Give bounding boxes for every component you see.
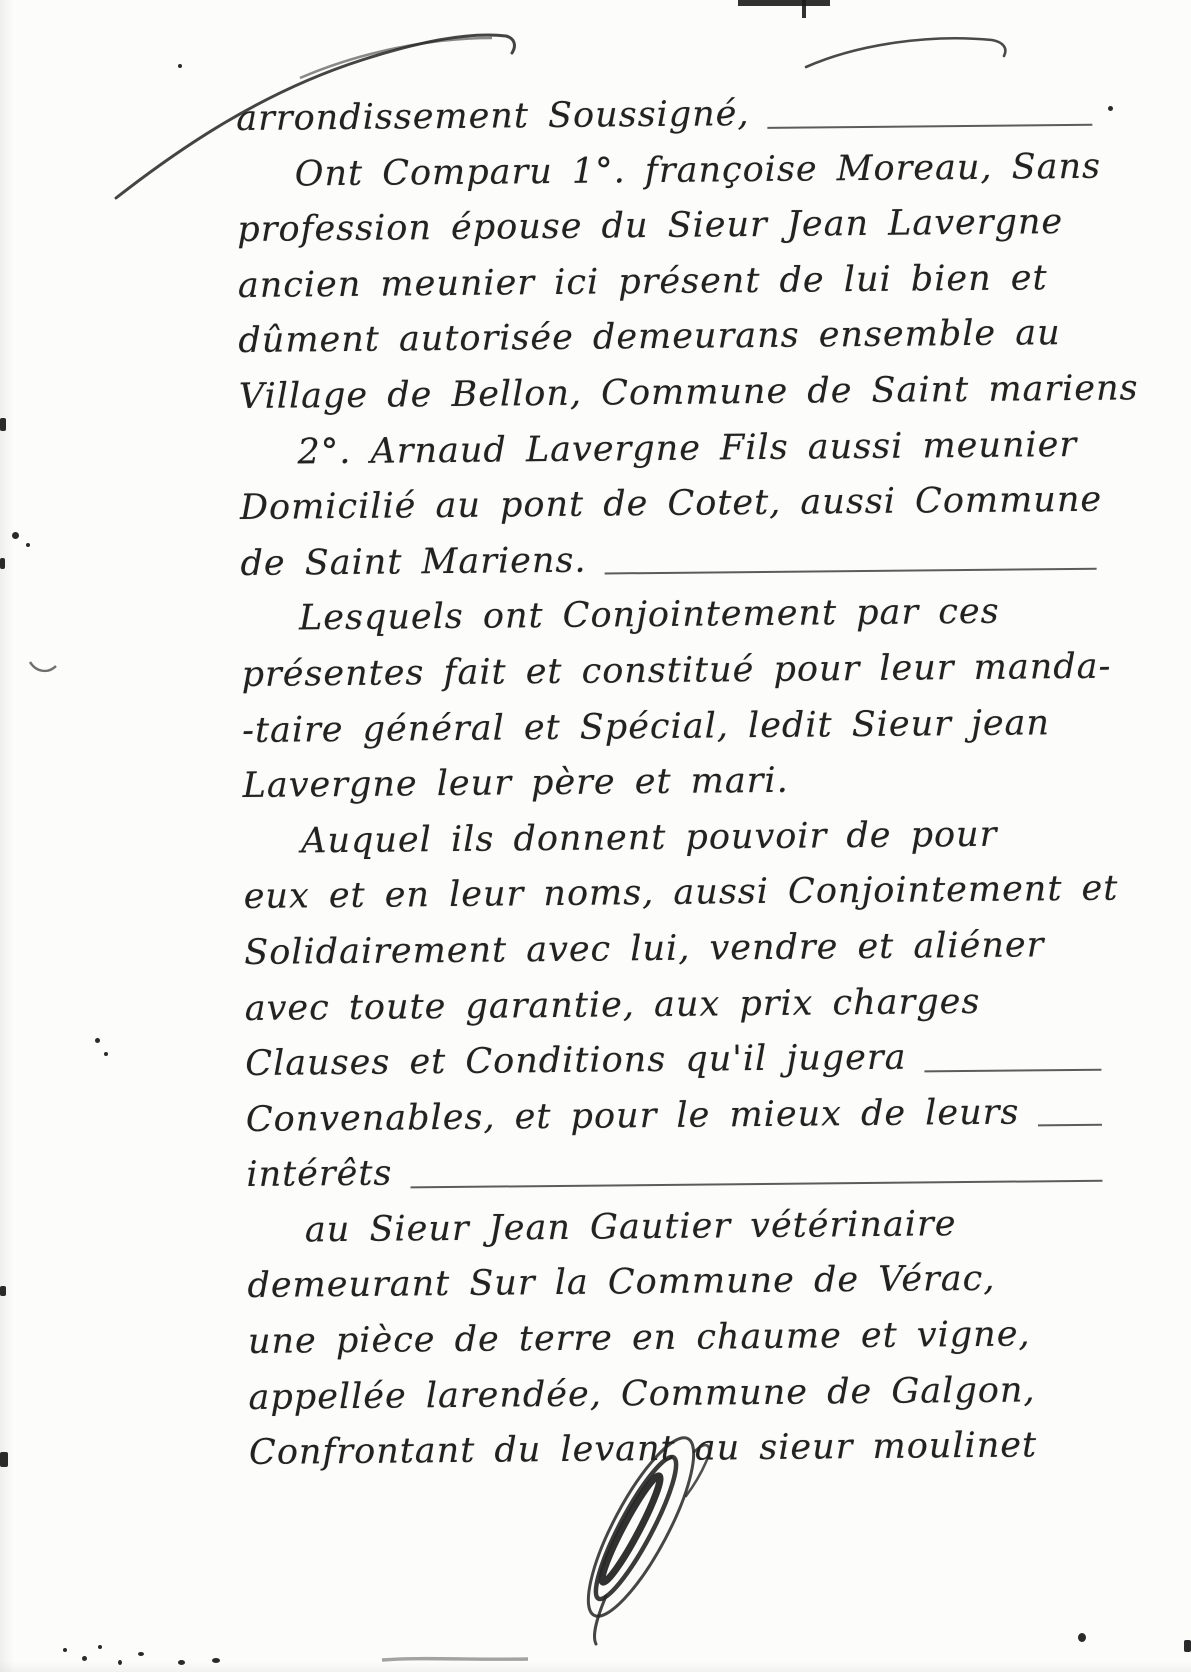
text-line: une pièce de terre en chaume et vigne,: [248, 1307, 1108, 1371]
text-line: dûment autorisée demeurans ensemble au: [238, 306, 1098, 370]
manuscript-text: arrondissement Soussigné,Ont Comparu 1°.…: [236, 84, 1109, 1482]
text-line: Ont Comparu 1°. françoise Moreau, Sans: [237, 139, 1097, 203]
scan-speck: [26, 543, 30, 547]
line-text: présentes fait et constitué pour leur ma…: [241, 640, 1111, 704]
text-line: de Saint Mariens.: [240, 528, 1100, 592]
line-text: ancien meunier ici présent de lui bien e…: [238, 251, 1048, 314]
ink-rule: [1037, 1124, 1102, 1127]
text-line: arrondissement Soussigné,: [236, 84, 1096, 148]
line-text: de Saint Mariens.: [240, 533, 587, 592]
text-line: Solidairement avec lui, vendre et aliéne…: [244, 918, 1104, 982]
ink-rule: [768, 123, 1093, 128]
text-line: eux et en leur noms, aussi Conjointement…: [243, 862, 1103, 926]
text-line: intérêts: [246, 1140, 1106, 1204]
scan-smudge: [382, 1659, 528, 1660]
text-line: 2°. Arnaud Lavergne Fils aussi meunier: [239, 417, 1099, 481]
top-edge-ink-mark: [738, 0, 830, 18]
text-line: au Sieur Jean Gautier vétérinaire: [247, 1196, 1107, 1260]
line-text: Village de Bellon, Commune de Saint mari…: [239, 361, 1139, 425]
scan-speck: [118, 1660, 122, 1665]
line-text: une pièce de terre en chaume et vigne,: [248, 1307, 1031, 1370]
line-text: Lavergne leur père et mari.: [242, 754, 789, 815]
scan-speck: [0, 558, 5, 569]
line-text: Convenables, et pour le mieux de leurs: [246, 1085, 1020, 1148]
text-line: demeurant Sur la Commune de Vérac,: [247, 1251, 1107, 1315]
text-line: Lesquels ont Conjointement par ces: [241, 584, 1101, 648]
line-text: Domicilié au pont de Cotet, aussi Commun…: [240, 473, 1103, 537]
scan-speck: [1184, 1640, 1191, 1652]
text-line: ancien meunier ici présent de lui bien e…: [238, 251, 1098, 315]
line-text: demeurant Sur la Commune de Vérac,: [247, 1252, 995, 1315]
text-line: Confrontant du levant au sieur moulinet: [249, 1418, 1109, 1482]
line-text: -taire général et Spécial, ledit Sieur j…: [242, 696, 1050, 759]
line-text: eux et en leur noms, aussi Conjointement…: [243, 862, 1118, 926]
scan-speck: [63, 1648, 67, 1652]
line-text: Auquel ils donnent pouvoir de pour: [301, 807, 998, 869]
text-line: Lavergne leur père et mari.: [242, 751, 1102, 815]
line-text: Solidairement avec lui, vendre et aliéne…: [244, 918, 1045, 981]
text-line: Auquel ils donnent pouvoir de pour: [243, 806, 1103, 870]
text-line: appellée larendée, Commune de Galgon,: [248, 1362, 1108, 1426]
text-line: présentes fait et constitué pour leur ma…: [241, 640, 1101, 704]
scan-speck: [0, 1286, 6, 1296]
scan-speck: [0, 1452, 8, 1467]
text-line: avec toute garantie, aux prix charges: [245, 973, 1105, 1037]
text-line: -taire général et Spécial, ledit Sieur j…: [242, 695, 1102, 759]
text-line: Clauses et Conditions qu'il jugera: [245, 1029, 1105, 1093]
line-text: arrondissement Soussigné,: [236, 87, 750, 148]
text-line: Village de Bellon, Commune de Saint mari…: [239, 362, 1099, 426]
line-text: avec toute garantie, aux prix charges: [245, 974, 981, 1037]
scan-speck: [95, 1038, 100, 1043]
scan-speck: [104, 1052, 108, 1056]
ink-rule: [410, 1180, 1102, 1189]
scan-speck: [0, 418, 6, 431]
scan-speck: [98, 1645, 102, 1649]
scan-pen-speck: [30, 662, 56, 671]
line-text: Clauses et Conditions qu'il jugera: [245, 1031, 907, 1093]
ink-rule: [925, 1068, 1102, 1072]
line-text: Confrontant du levant au sieur moulinet: [249, 1419, 1038, 1482]
line-text: intérêts: [246, 1147, 393, 1204]
line-text: au Sieur Jean Gautier vétérinaire: [305, 1197, 957, 1259]
scan-speck: [12, 532, 19, 539]
line-text: appellée larendée, Commune de Galgon,: [248, 1363, 1036, 1426]
scan-speck: [178, 1660, 185, 1665]
ink-rule: [605, 568, 1097, 575]
line-text: Lesquels ont Conjointement par ces: [299, 585, 1000, 647]
line-text: profession épouse du Sieur Jean Lavergne: [237, 195, 1063, 259]
line-text: 2°. Arnaud Lavergne Fils aussi meunier: [297, 418, 1077, 481]
scan-speck: [138, 1652, 144, 1656]
scan-speck: [82, 1656, 87, 1661]
line-text: dûment autorisée demeurans ensemble au: [238, 306, 1061, 369]
scan-speck: [1108, 106, 1113, 111]
flourish-top-right-icon: [806, 38, 1005, 67]
scan-speck: [212, 1658, 220, 1663]
text-line: Domicilié au pont de Cotet, aussi Commun…: [240, 473, 1100, 537]
line-text: Ont Comparu 1°. françoise Moreau, Sans: [295, 139, 1102, 202]
text-line: Convenables, et pour le mieux de leurs: [246, 1084, 1106, 1148]
scan-speck: [1078, 1633, 1086, 1642]
manuscript-page: arrondissement Soussigné,Ont Comparu 1°.…: [0, 0, 1191, 1672]
text-line: profession épouse du Sieur Jean Lavergne: [237, 195, 1097, 259]
scan-speck: [178, 64, 182, 68]
